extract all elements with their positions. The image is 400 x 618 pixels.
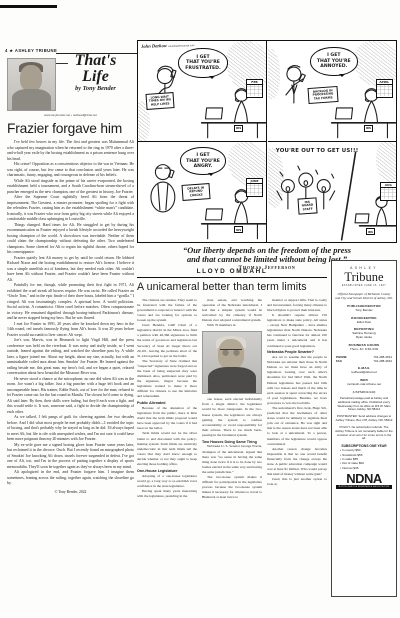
- staff-name: Tony Bender: [335, 308, 393, 312]
- omdahl-column-1: The citizens are restless. They seem to …: [137, 298, 197, 501]
- omdahl-byline: LLOYD OMDAHL: [137, 268, 327, 275]
- masthead-brand: Tribune: [335, 271, 393, 283]
- article-paragraph: Jared, this is just another option to lo…: [267, 477, 327, 487]
- article-paragraph: The citizens are restless. They seem to …: [137, 298, 197, 323]
- byline-rule: [137, 277, 327, 278]
- postmaster-note: POSTMASTER: Send address changes to Ashl…: [335, 415, 393, 422]
- article-paragraph: My ex-wife gave me a signed boxing glove…: [7, 443, 134, 471]
- fax-row: FAX 701-288-3632: [335, 359, 393, 363]
- article-paragraph: Ali apologized in the end, and Frazier f…: [7, 470, 134, 487]
- calendar-grid: [247, 85, 262, 96]
- article-paragraph: Painfully for me, though, while promotin…: [7, 283, 134, 322]
- article-paragraph: Jared Hendrix, GOP Chair of a legislativ…: [137, 323, 197, 359]
- column-title-line2: Life: [57, 69, 134, 84]
- article-paragraph: His crime? Opposition as a conscientious…: [7, 162, 134, 179]
- article-paragraph: I met Joe Frazier in 1991, 20 years afte…: [7, 322, 134, 339]
- omdahl-column-3: monitor or support bills. That is costly…: [267, 298, 327, 501]
- web-value: mcintosh-star-tribune.net: [335, 382, 393, 386]
- wall-calendar: AUG: [380, 182, 396, 201]
- article-subhead: Nebraska People Smarter?: [267, 350, 327, 354]
- ndna-logo: NDNA NORTH DAKOTA NEWSPAPER ASSOCIATION: [335, 473, 393, 489]
- thats-life-column: That's Life by Tony Bender www.tonybende…: [7, 57, 134, 494]
- article-subhead: One-House Legislature: [137, 469, 197, 473]
- contact-rows: PHONE 701-288-3631 FAX 701-288-3632: [335, 355, 393, 363]
- masthead-established: ESTABLISHED JUNE 15, 1907: [335, 285, 393, 287]
- photo-suit: [208, 367, 256, 393]
- article-paragraph: Because of the alienation of the legisla…: [137, 406, 197, 431]
- article-paragraph: With 70 members in: [202, 323, 262, 328]
- article-paragraph: Frazier quietly lent Ali money to get by…: [7, 256, 134, 284]
- scan-edge-mark: [0, 5, 57, 8]
- article-paragraph: Another reason change becomes impossible…: [267, 447, 327, 478]
- article-headline: Frazier forgave him: [7, 121, 134, 136]
- article-paragraph: Are we to assume that the people in Nebr…: [267, 355, 327, 406]
- staff-name: Ryan Janke: [335, 335, 393, 339]
- irs-sign: LONG WAIT TIMES ON IRS HELP LINES: [145, 92, 174, 109]
- ndna-full-name: NORTH DAKOTA NEWSPAPER ASSOCIATION: [336, 485, 392, 489]
- cartoon-panel-2: I GET THAT YOU'RE ANNOYED. BACKLOG IN PR…: [268, 41, 396, 142]
- article-paragraph: He never stood a chance at the microphon…: [7, 377, 134, 416]
- article-paragraph: Adopting of a one-house legislature woul…: [137, 474, 197, 489]
- omdahl-column-2-top: state senate, and watching the operation…: [202, 298, 262, 329]
- fax-label: FAX: [336, 359, 342, 363]
- panel-art-angry-crowd-and-irs-agent: [268, 142, 396, 242]
- omdahl-article: LLOYD OMDAHL A unicameral better than te…: [137, 268, 327, 500]
- crowd-shout-text: YOU'RE OUT TO GET US!!!: [276, 148, 359, 154]
- subscription-rates: • In county $50• Snowbirds $55• In state…: [335, 448, 393, 469]
- policy-note: POLICY: No subscription refunds. The Ash…: [335, 426, 393, 441]
- article-paragraph: It shouldn't require almost 150 legislat…: [267, 313, 327, 349]
- irs-sign: BACKLOG IN PROCESSING TAX FORMS: [307, 86, 338, 104]
- irs-sign: DELAYS IN REFUND CHECKS: [181, 183, 210, 200]
- article-paragraph: I've held few heroes in my life. The fir…: [7, 140, 134, 162]
- column-title-line1: That's: [57, 53, 134, 69]
- photo-face: [20, 65, 42, 91]
- omdahl-column-2: state senate, and watching the operation…: [202, 298, 262, 501]
- speech-bubble: I GET THAT YOU'RE FRUSTRATED.: [178, 48, 228, 78]
- article-paragraph: Joe's son, Marvis, was in Bismarck to fi…: [7, 338, 134, 377]
- article-body: I've held few heroes in my life. The fir…: [7, 140, 134, 487]
- cartoonist-name: John Darkow: [141, 43, 167, 49]
- official-newspaper-note: Official Newspaper of McIntosh County an…: [335, 292, 393, 301]
- irs-desk-placard: IRS: [366, 228, 375, 235]
- staff-name: Elliot Rust: [335, 320, 393, 324]
- copyright-line: © Tony Bender, 2022: [7, 490, 134, 494]
- cartoon-panel-3: I GET THAT YOU'RE ANGRY. DELAYS IN REFUN…: [138, 142, 267, 242]
- article-paragraph: Things changed. Hard times for Ali. He s…: [7, 223, 134, 256]
- cartoon-panel-4: YOU'RE OUT TO GET US!!! IRS GUARD STAFF …: [268, 142, 396, 242]
- irs-desk-placard: IRS: [234, 125, 243, 132]
- quote-line1: “Our liberty depends on the freedom of t…: [137, 246, 397, 255]
- column-title: That's Life by Tony Bender: [57, 53, 134, 92]
- wall-calendar: APRIL: [376, 79, 393, 98]
- article-subhead: Public Alienated: [137, 401, 197, 405]
- postage-note: Periodical postage paid at Ashley and ad…: [335, 397, 393, 412]
- cartoon-panel-1: John Darkow columbiamissourian.com I GET…: [138, 41, 267, 142]
- usps-number: (USPS#033-940): [335, 390, 393, 394]
- article-paragraph: • Internet $45: [335, 466, 393, 470]
- editorial-cartoon: John Darkow columbiamissourian.com I GET…: [137, 40, 397, 243]
- masthead-box: ASHLEY Tribune ESTABLISHED JUNE 15, 1907…: [331, 260, 397, 597]
- column-byline: by Tony Bender: [57, 85, 134, 92]
- hours-value: Thurs.-Fri. 8:30-3:00: [335, 347, 393, 351]
- article-paragraph: The Secretary of State claimed that “sus…: [137, 359, 197, 400]
- photo-glasses: [220, 349, 242, 356]
- article-paragraph: Having spent many years interacting with…: [137, 489, 197, 499]
- fax-number: 701-288-3632: [373, 359, 392, 363]
- wall-calendar: FEB: [246, 79, 263, 98]
- photo-shoulders: [12, 89, 51, 111]
- calendar-grid: [381, 188, 396, 199]
- article-paragraph: After the Supreme Court rightfully freed…: [7, 195, 134, 223]
- irs-desk-placard: IRS: [234, 226, 243, 233]
- irs-sign: IRS GUARD STAFF: [297, 198, 317, 215]
- speech-bubble: I GET THAT YOU'RE ANNOYED.: [310, 47, 358, 76]
- irs-desk-placard: IRS: [364, 125, 373, 132]
- thats-life-masthead: That's Life by Tony Bender: [7, 57, 134, 110]
- article-paragraph: monitor or support bills. That is costly…: [267, 298, 327, 313]
- speech-bubble: I GET THAT YOU'RE ANGRY.: [180, 147, 226, 175]
- tony-bender-photo: [7, 58, 56, 111]
- wall-calendar: JUNE: [246, 178, 263, 197]
- article-subhead: Two Houses Doing Same Thing: [202, 440, 262, 444]
- article-paragraph: state senate, and watching the operation…: [202, 298, 262, 323]
- author-contact-line: www.tonybender.net • redhead@drtel.net: [7, 113, 134, 117]
- article-paragraph: one house, each elected individually fro…: [202, 397, 262, 438]
- article-paragraph: Nebraska U. S. Senator George Norris, ch…: [202, 444, 262, 475]
- omdahl-headline: A unicameral better than term limits: [137, 281, 327, 293]
- article-paragraph: The unicameral's first clerk, Hugo Srb, …: [267, 406, 327, 447]
- calendar-grid: [377, 85, 392, 96]
- ndna-acronym: NDNA: [335, 473, 393, 485]
- article-paragraph: As we talked, I felt pangs of guilt for …: [7, 415, 134, 443]
- article-paragraph: While Ali stood ringside as the prime of…: [7, 179, 134, 196]
- omdahl-column-2-bottom: one house, each elected individually fro…: [202, 397, 262, 500]
- calendar-grid: [247, 184, 262, 195]
- email-value: redhead@drtel.net: [335, 370, 393, 374]
- article-paragraph: The two-house system makes it difficult …: [202, 475, 262, 500]
- lloyd-omdahl-photo: [202, 331, 262, 394]
- article-paragraph: Term limits would not be the silver bull…: [137, 431, 197, 467]
